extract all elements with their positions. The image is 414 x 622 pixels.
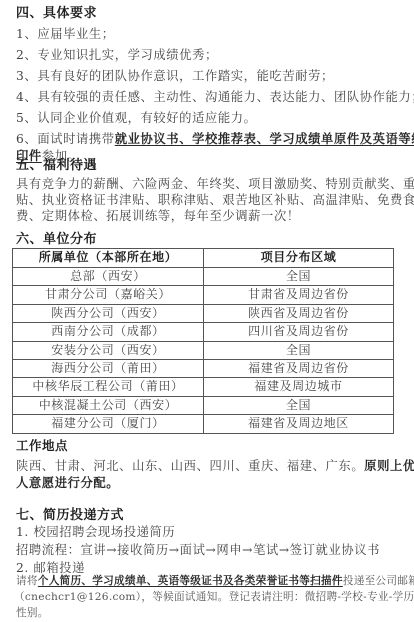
column-header-region: 项目分布区域 (204, 249, 394, 268)
allocation-principle-cont: 人意愿进行分配。 (16, 476, 119, 490)
section-heading-distribution: 六、单位分布 (16, 228, 97, 247)
unit-cell: 福建分公司（厦门） (13, 415, 204, 433)
email-suffix: 投递至公司邮箱 (343, 575, 414, 587)
requirement-item-6: 6、面试时请携带就业协议书、学校推荐表、学习成绩单原件及英语等级证书复 (16, 129, 414, 147)
region-cell: 福建省及周边省份 (204, 360, 394, 378)
requirement-item-1: 1、应届毕业生； (16, 24, 115, 42)
work-location-label: 工作地点 (16, 436, 68, 454)
requirement-item-5: 5、认同企业价值观，有较好的适应能力。 (16, 108, 257, 126)
requirement-item-4: 4、具有较强的责任感、主动性、沟通能力、表达能力、团队协作能力； (16, 87, 414, 105)
unit-cell: 中核混凝土公司（西安） (13, 396, 204, 414)
email-instructions-line-3: 性别。 (16, 605, 49, 620)
region-cell: 陕西省及周边省份 (204, 304, 394, 322)
region-cell: 福建及周边城市 (204, 378, 394, 396)
requirement-item-2: 2、专业知识扎实，学习成绩优秀； (16, 45, 218, 63)
table-row: 福建分公司（厦门）福建省及周边地区 (13, 415, 394, 433)
email-instructions-line-1: 请将个人简历、学习成绩单、英语等级证书及各类荣誉证书等扫描件投递至公司邮箱 (16, 573, 414, 588)
section-heading-benefits: 五、福利待遇 (16, 154, 97, 173)
region-cell: 福建省及周边地区 (204, 415, 394, 433)
table-row: 中核华辰工程公司（莆田）福建及周边城市 (13, 378, 394, 396)
table-row: 中核混凝土公司（西安）全国 (13, 396, 394, 414)
table-header-row: 所属单位（本部所在地） 项目分布区域 (13, 249, 394, 268)
requirement-6-prefix: 6、面试时请携带 (16, 132, 115, 146)
section-heading-resume-submission: 七、简历投递方式 (16, 504, 124, 523)
region-cell: 甘肃省及周边省份 (204, 286, 394, 304)
unit-cell: 甘肃分公司（嘉峪关） (13, 286, 204, 304)
region-cell: 四川省及周边省份 (204, 323, 394, 341)
benefits-line-3: 费、定期体检、拓展训练等，每年至少调薪一次！ (16, 206, 300, 224)
work-location-line-2: 人意愿进行分配。 (16, 473, 119, 491)
recruitment-process: 招聘流程：宣讲→接收简历→面试→网申→笔试→签订就业协议书 (16, 540, 380, 558)
requirement-item-3: 3、具有良好的团队协作意识，工作踏实，能吃苦耐劳； (16, 66, 334, 84)
required-documents-text: 就业协议书、学校推荐表、学习成绩单原件及英语等级证书复 (115, 132, 414, 146)
table-row: 总部（西安）全国 (13, 268, 394, 286)
allocation-principle: 原则上优先按照本 (364, 459, 414, 473)
unit-cell: 西南分公司（成都） (13, 323, 204, 341)
method-1-title: 1. 校园招聘会现场投递简历 (16, 522, 175, 540)
unit-cell: 总部（西安） (13, 268, 204, 286)
unit-cell: 中核华辰工程公司（莆田） (13, 378, 204, 396)
unit-cell: 陕西分公司（西安） (13, 304, 204, 322)
email-prefix: 请将 (16, 575, 38, 587)
email-instructions-line-2: （cnechcr1@126.com），等候面试通知。登记表请注明：微招聘-学校-… (14, 589, 414, 604)
unit-cell: 海西分公司（莆田） (13, 360, 204, 378)
section-heading-requirements: 四、具体要求 (16, 2, 97, 21)
region-cell: 全国 (204, 396, 394, 414)
table-row: 陕西分公司（西安）陕西省及周边省份 (13, 304, 394, 322)
work-location-line-1: 陕西、甘肃、河北、山东、山西、四川、重庆、福建、广东。原则上优先按照本 (16, 456, 414, 474)
column-header-unit: 所属单位（本部所在地） (13, 249, 204, 268)
email-documents-text: 个人简历、学习成绩单、英语等级证书及各类荣誉证书等扫描件 (38, 575, 343, 587)
region-cell: 全国 (204, 268, 394, 286)
table-row: 西南分公司（成都）四川省及周边省份 (13, 323, 394, 341)
table-row: 安装分公司（西安）全国 (13, 341, 394, 359)
region-cell: 全国 (204, 341, 394, 359)
work-location-places: 陕西、甘肃、河北、山东、山西、四川、重庆、福建、广东。 (16, 459, 364, 473)
table-row: 甘肃分公司（嘉峪关）甘肃省及周边省份 (13, 286, 394, 304)
table-row: 海西分公司（莆田）福建省及周边省份 (13, 360, 394, 378)
unit-distribution-table: 所属单位（本部所在地） 项目分布区域 总部（西安）全国 甘肃分公司（嘉峪关）甘肃… (12, 248, 394, 434)
unit-cell: 安装分公司（西安） (13, 341, 204, 359)
